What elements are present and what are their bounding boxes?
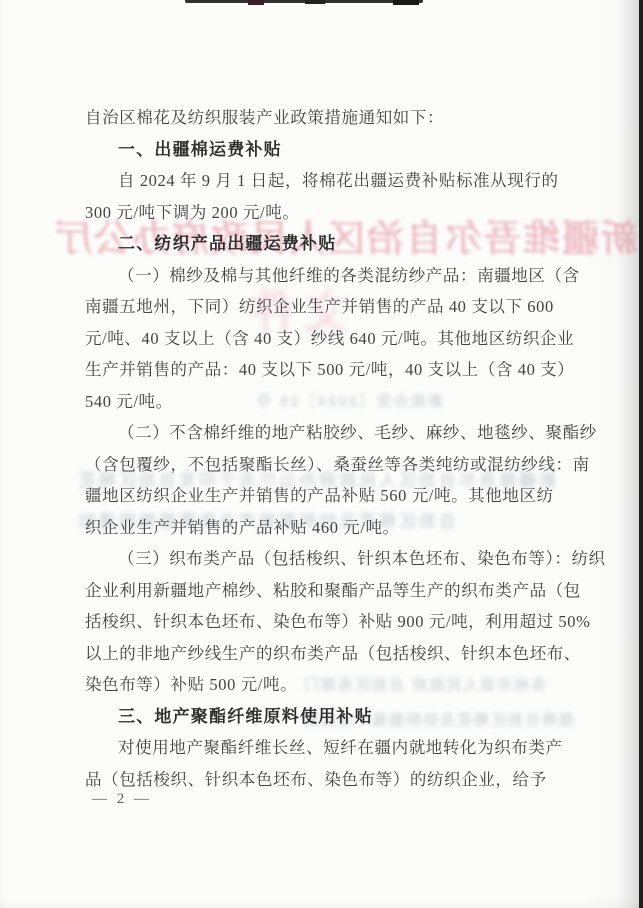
section-heading: 一、出疆棉运费补贴 bbox=[85, 134, 585, 166]
text-line: 织企业生产并销售的产品补贴 460 元/吨。 bbox=[85, 512, 585, 544]
text-line: 540 元/吨。 bbox=[85, 386, 585, 418]
text-line: 元/吨、40 支以上（含 40 支）纱线 640 元/吨。其他地区纺织企业 bbox=[85, 323, 585, 355]
section-heading: 二、纺织产品出疆运费补贴 bbox=[85, 228, 585, 260]
scan-edge-mark bbox=[248, 0, 264, 5]
scanned-document-page: 新疆维吾尔自治区人民政府办公厅 文件 新政办发〔2024〕15 号新疆维吾尔自治… bbox=[0, 0, 643, 908]
text-line: 300 元/吨下调为 200 元/吨。 bbox=[85, 197, 585, 229]
text-line: 自 2024 年 9 月 1 日起，将棉花出疆运费补贴标准从现行的 bbox=[85, 165, 585, 197]
section-heading: 三、地产聚酯纤维原料使用补贴 bbox=[85, 701, 585, 733]
text-line: 对使用地产聚酯纤维长丝、短纤在疆内就地转化为织布类产 bbox=[85, 732, 585, 764]
scan-edge-mark bbox=[305, 0, 325, 4]
text-line: 染色布等）补贴 500 元/吨。 bbox=[85, 669, 585, 701]
text-line: 自治区棉花及纺织服装产业政策措施通知如下： bbox=[85, 102, 585, 134]
page-number: — 2 — bbox=[92, 791, 152, 808]
text-line: 疆地区纺织企业生产并销售的产品补贴 560 元/吨。其他地区纺 bbox=[85, 480, 585, 512]
text-line: 括梭织、针织本色坯布、染色布等）补贴 900 元/吨，利用超过 50% bbox=[85, 606, 585, 638]
text-line: 企业利用新疆地产棉纱、粘胶和聚酯产品等生产的织布类产品（包 bbox=[85, 575, 585, 607]
text-line: 南疆五地州，下同）纺织企业生产并销售的产品 40 支以下 600 bbox=[85, 291, 585, 323]
text-line: 品（包括梭织、针织本色坯布、染色布等）的纺织企业，给予 bbox=[85, 764, 585, 796]
text-line: （一）棉纱及棉与其他纤维的各类混纺纱产品：南疆地区（含 bbox=[85, 260, 585, 292]
text-line: （含包覆纱，不包括聚酯长丝）、桑蚕丝等各类纯纺或混纺纱线：南 bbox=[85, 449, 585, 481]
document-body: 自治区棉花及纺织服装产业政策措施通知如下：一、出疆棉运费补贴自 2024 年 9… bbox=[85, 102, 585, 795]
paper-edge-shadow bbox=[617, 0, 639, 908]
text-line: 以上的非地产纱线生产的织布类产品（包括梭织、针织本色坯布、 bbox=[85, 638, 585, 670]
scan-edge-artifact-top bbox=[185, 0, 423, 3]
scan-edge-artifact-right bbox=[639, 0, 643, 908]
text-line: （三）织布类产品（包括梭织、针织本色坯布、染色布等）：纺织 bbox=[85, 543, 585, 575]
scan-edge-mark bbox=[393, 0, 419, 5]
text-line: （二）不含棉纤维的地产粘胶纱、毛纱、麻纱、地毯纱、聚酯纱 bbox=[85, 417, 585, 449]
text-line: 生产并销售的产品：40 支以下 500 元/吨，40 支以上（含 40 支） bbox=[85, 354, 585, 386]
